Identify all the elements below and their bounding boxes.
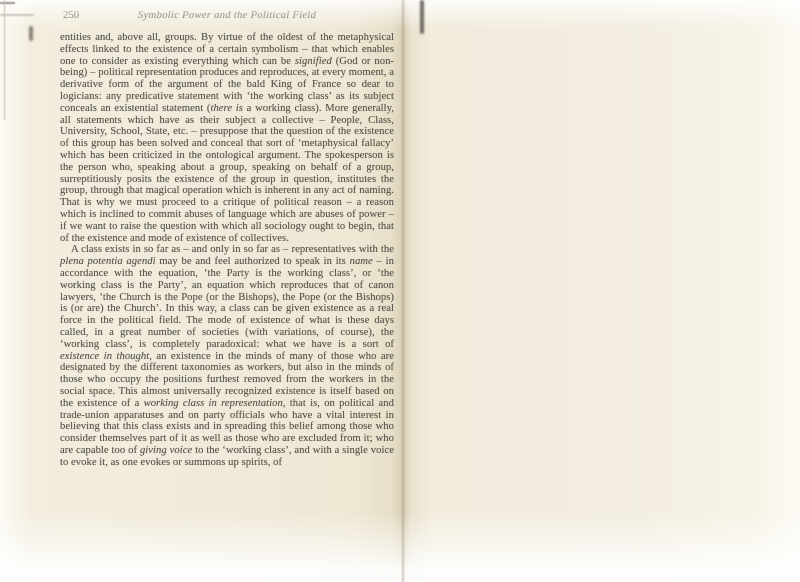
book-spread: 250 Symbolic Power and the Political Fie… (0, 0, 800, 582)
left-page-text: entities and, above all, groups. By virt… (60, 32, 394, 468)
running-title-left: Symbolic Power and the Political Field (60, 9, 394, 21)
body-paragraph: entities and, above all, groups. By virt… (60, 32, 394, 244)
book-gutter-shadow (402, 0, 404, 582)
right-page: Social Space and the Genesis of ‘Classes… (403, 0, 800, 582)
left-page: 250 Symbolic Power and the Political Fie… (0, 0, 403, 582)
body-paragraph: A class exists in so far as – and only i… (60, 244, 394, 468)
